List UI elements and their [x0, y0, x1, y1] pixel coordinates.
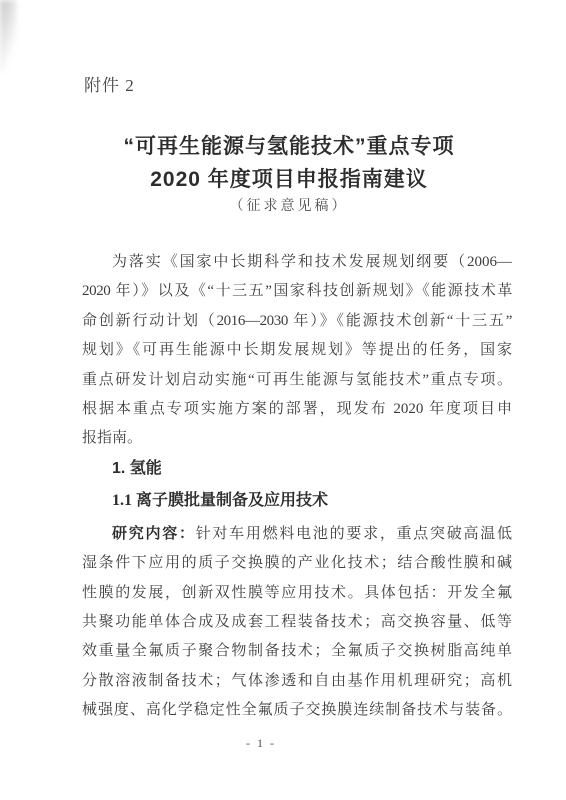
research-line: 性膜的发展，创新双性膜等应用技术。具体包括：开发全氟	[82, 579, 512, 608]
intro-line: 2020 年）》以及《“十三五”国家科技创新规划》《能源技术革	[82, 277, 512, 306]
doc-title-line2: 2020 年度项目申报指南建议	[74, 163, 504, 196]
document-body: 为落实《国家中长期科学和技术发展规划纲要（2006— 2020 年）》以及《“十…	[82, 248, 512, 726]
intro-line: 重点研发计划启动实施“可再生能源与氢能技术”重点专项。	[82, 366, 512, 395]
research-content-label: 研究内容：	[112, 526, 196, 542]
research-line: 分散溶液制备技术；气体渗透和自由基作用机理研究；高机	[82, 667, 512, 696]
intro-line: 规划》《可再生能源中长期发展规划》等提出的任务，国家	[82, 336, 512, 365]
intro-line: 为落实《国家中长期科学和技术发展规划纲要（2006—	[82, 248, 512, 277]
intro-line: 报指南。	[82, 424, 512, 453]
attachment-label: 附件 2	[84, 71, 135, 96]
intro-line: 根据本重点专项实施方案的部署，现发布 2020 年度项目申	[82, 395, 512, 424]
page-number: - 1 -	[0, 736, 522, 751]
research-line: 湿条件下应用的质子交换膜的产业化技术；结合酸性膜和碱	[82, 549, 512, 578]
scan-artifact-corner	[0, 0, 16, 72]
research-line-text: 针对车用燃料电池的要求，重点突破高温低	[196, 526, 512, 542]
research-line: 共聚功能单体合成及成套工程装备技术；高交换容量、低等	[82, 608, 512, 637]
doc-subtitle: （征求意见稿）	[74, 196, 504, 218]
research-content-paragraph: 研究内容：针对车用燃料电池的要求，重点突破高温低 湿条件下应用的质子交换膜的产业…	[82, 520, 512, 726]
title-block: “可再生能源与氢能技术”重点专项 2020 年度项目申报指南建议 （征求意见稿）	[74, 130, 504, 218]
research-line: 械强度、高化学稳定性全氟质子交换膜连续制备技术与装备。	[82, 696, 512, 725]
doc-title-line1: “可再生能源与氢能技术”重点专项	[74, 130, 504, 163]
intro-line: 命创新行动计划（2016—2030 年）》《能源技术创新“十三五”	[82, 307, 512, 336]
document-page: 附件 2 “可再生能源与氢能技术”重点专项 2020 年度项目申报指南建议 （征…	[0, 0, 566, 800]
subsection-heading-ion-membrane: 1.1 离子膜批量制备及应用技术	[112, 486, 512, 516]
research-line: 效重量全氟质子聚合物制备技术；全氟质子交换树脂高纯单	[82, 637, 512, 666]
research-line: 研究内容：针对车用燃料电池的要求，重点突破高温低	[82, 520, 512, 549]
section-heading-hydrogen: 1. 氢能	[112, 454, 512, 484]
